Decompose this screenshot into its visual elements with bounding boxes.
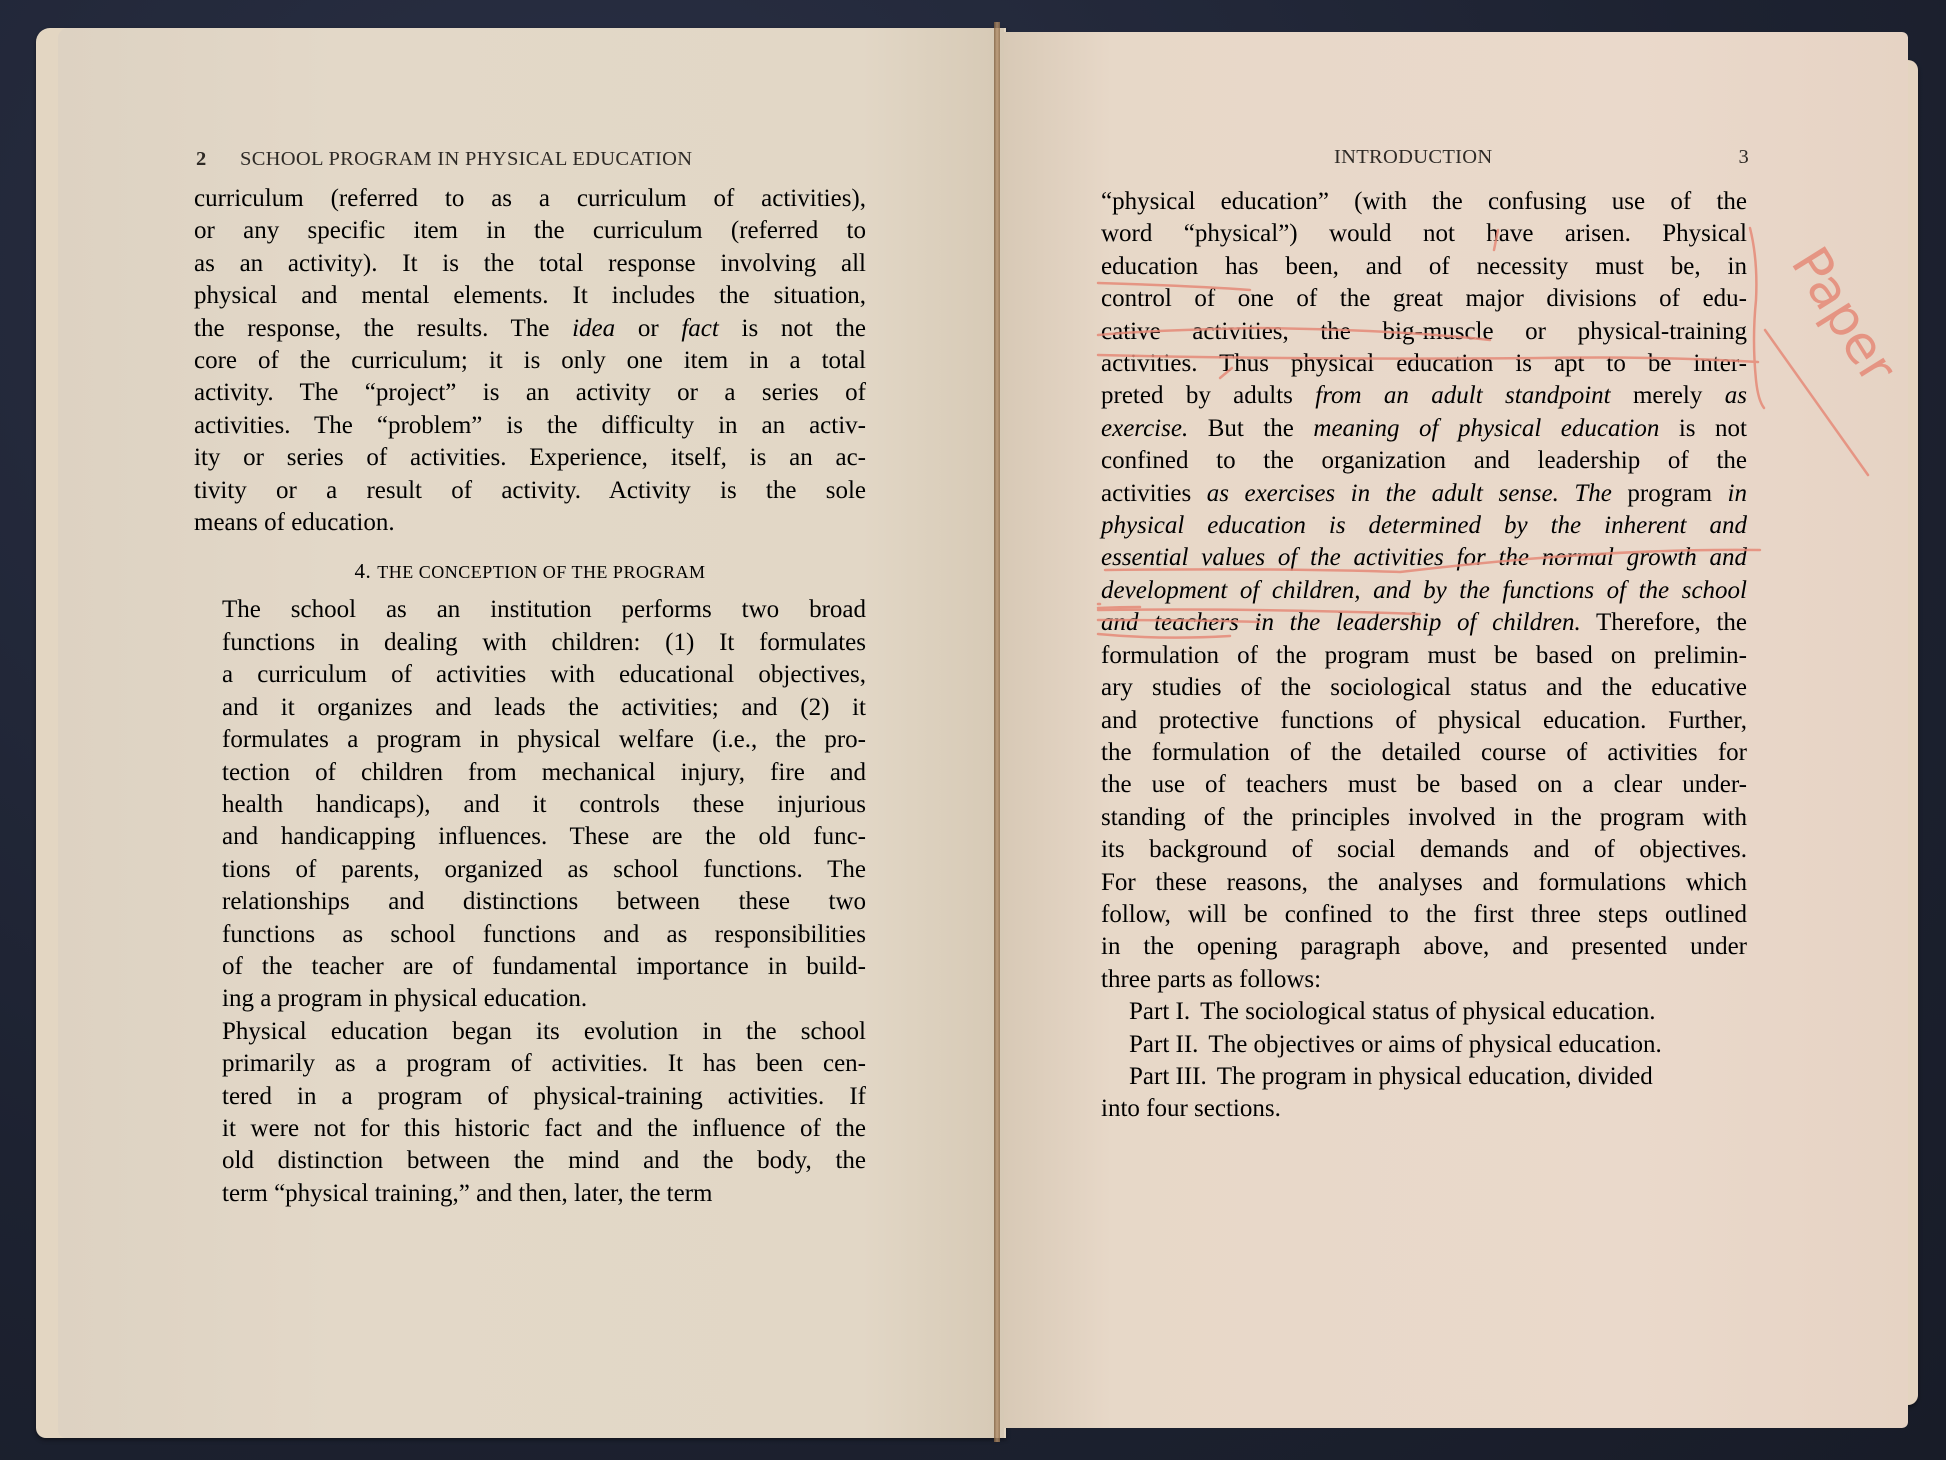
- right-running-head-title: INTRODUCTION: [1334, 146, 1492, 169]
- text-line: curriculum (referred to as a curriculum …: [194, 183, 866, 215]
- paragraph-introduction: “physical education” (with the confusing…: [1101, 186, 1747, 996]
- paragraph-curriculum: curriculum (referred to as a curriculum …: [194, 183, 866, 539]
- right-page-body: “physical education” (with the confusing…: [1101, 186, 1747, 1126]
- book-gutter: [994, 22, 1000, 1442]
- text-line: or any specific item in the curriculum (…: [194, 215, 866, 247]
- text-line: core of the curriculum; it is only one i…: [194, 345, 866, 377]
- left-running-head-title: SCHOOL PROGRAM IN PHYSICAL EDUCATION: [240, 148, 692, 170]
- text-line: activities. The “problem” is the difficu…: [194, 410, 866, 442]
- paragraph-school-functions: The school as an institution performs tw…: [194, 594, 866, 1015]
- text-line: physical and mental elements. It include…: [194, 280, 866, 312]
- paragraph-evolution: Physical education began its evolution i…: [194, 1016, 866, 1210]
- part-list-item: Part II.The objectives or aims of physic…: [1101, 1029, 1747, 1061]
- text-line: the response, the results. The idea or f…: [194, 313, 866, 345]
- section-number: 4.: [355, 559, 372, 583]
- text-line: means of education.: [194, 507, 866, 539]
- part-list-item: Part III.The program in physical educati…: [1101, 1061, 1747, 1093]
- left-running-header: 2SCHOOL PROGRAM IN PHYSICAL EDUCATION: [196, 148, 866, 171]
- left-page-number: 2: [196, 148, 240, 171]
- part-list-continuation: into four sections.: [1101, 1093, 1747, 1125]
- left-page-body: curriculum (referred to as a curriculum …: [194, 183, 866, 1210]
- text-line: ity or series of activities. Experience,…: [194, 442, 866, 474]
- book-photo: 2SCHOOL PROGRAM IN PHYSICAL EDUCATION IN…: [0, 0, 1946, 1460]
- section-title: THE CONCEPTION OF THE PROGRAM: [377, 562, 705, 582]
- right-page-number: 3: [1738, 146, 1749, 169]
- text-line: activity. The “project” is an activity o…: [194, 377, 866, 409]
- section-heading: 4.THE CONCEPTION OF THE PROGRAM: [194, 557, 866, 586]
- text-line: as an activity). It is the total respons…: [194, 248, 866, 280]
- text-line: tivity or a result of activity. Activity…: [194, 475, 866, 507]
- part-list-item: Part I.The sociological status of physic…: [1101, 996, 1747, 1028]
